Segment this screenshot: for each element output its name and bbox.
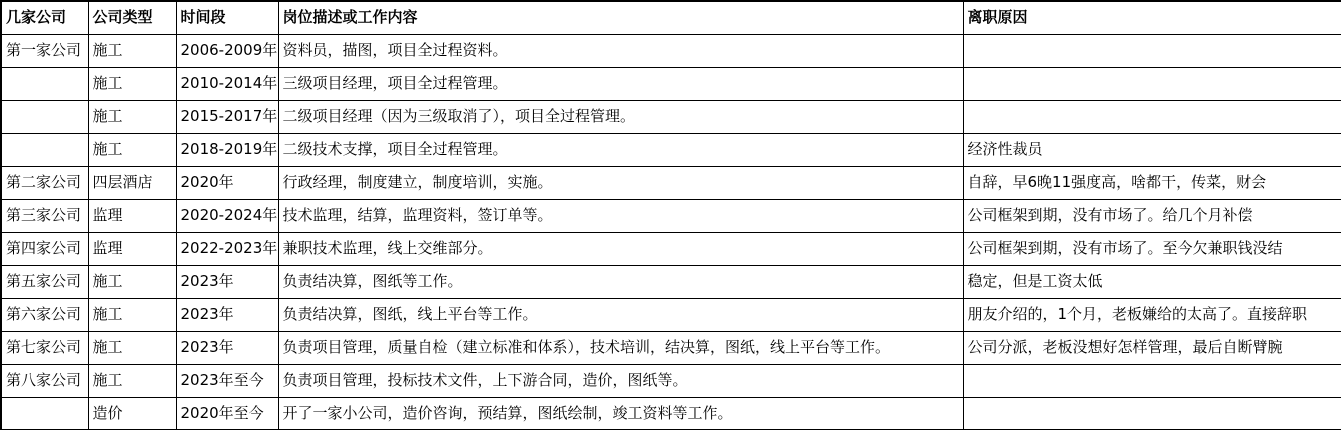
table-row: 第一家公司施工2006-2009年资料员，描图，项目全过程资料。 xyxy=(1,34,1341,67)
table-cell-reason xyxy=(963,67,1341,100)
table-cell-company: 第五家公司 xyxy=(1,265,88,298)
table-cell-type: 四层酒店 xyxy=(88,166,176,199)
table-cell-type: 施工 xyxy=(88,298,176,331)
table-cell-type: 监理 xyxy=(88,232,176,265)
table-cell-reason: 稳定，但是工资太低 xyxy=(963,265,1341,298)
table-cell-company: 第一家公司 xyxy=(1,34,88,67)
table-cell-company: 第六家公司 xyxy=(1,298,88,331)
table-cell-description: 三级项目经理，项目全过程管理。 xyxy=(278,67,963,100)
table-cell-type: 监理 xyxy=(88,199,176,232)
table-cell-period: 2023年 xyxy=(176,265,278,298)
table-row: 第七家公司施工2023年负责项目管理，质量自检（建立标准和体系），技术培训，结决… xyxy=(1,331,1341,364)
table-cell-description: 负责结决算，图纸，线上平台等工作。 xyxy=(278,298,963,331)
table-cell-period: 2023年 xyxy=(176,331,278,364)
table-cell-description: 负责项目管理，质量自检（建立标准和体系），技术培训，结决算，图纸，线上平台等工作… xyxy=(278,331,963,364)
table-cell-company xyxy=(1,133,88,166)
header-row: 几家公司 公司类型 时间段 岗位描述或工作内容 离职原因 xyxy=(1,1,1341,34)
table-cell-reason: 朋友介绍的，1个月，老板嫌给的太高了。直接辞职 xyxy=(963,298,1341,331)
table-cell-company: 第四家公司 xyxy=(1,232,88,265)
table-cell-type: 施工 xyxy=(88,364,176,397)
table-row: 施工2018-2019年二级技术支撑，项目全过程管理。经济性裁员 xyxy=(1,133,1341,166)
table-row: 第二家公司四层酒店2020年行政经理，制度建立，制度培训，实施。自辞，早6晚11… xyxy=(1,166,1341,199)
table-row: 第四家公司监理2022-2023年兼职技术监理，线上交维部分。公司框架到期，没有… xyxy=(1,232,1341,265)
table-cell-period: 2023年 xyxy=(176,298,278,331)
table-cell-description: 开了一家小公司，造价咨询，预结算，图纸绘制，竣工资料等工作。 xyxy=(278,397,963,430)
table-cell-description: 二级项目经理（因为三级取消了），项目全过程管理。 xyxy=(278,100,963,133)
column-header-job-description: 岗位描述或工作内容 xyxy=(278,1,963,34)
table-row: 造价2020年至今开了一家小公司，造价咨询，预结算，图纸绘制，竣工资料等工作。 xyxy=(1,397,1341,430)
column-header-company: 几家公司 xyxy=(1,1,88,34)
table-cell-company xyxy=(1,397,88,430)
table-row: 第五家公司施工2023年负责结决算，图纸等工作。稳定，但是工资太低 xyxy=(1,265,1341,298)
table-cell-reason: 公司框架到期，没有市场了。至今欠兼职钱没结 xyxy=(963,232,1341,265)
table-cell-company: 第八家公司 xyxy=(1,364,88,397)
table-cell-type: 施工 xyxy=(88,265,176,298)
column-header-time-period: 时间段 xyxy=(176,1,278,34)
table-cell-reason: 经济性裁员 xyxy=(963,133,1341,166)
table-cell-description: 资料员，描图，项目全过程资料。 xyxy=(278,34,963,67)
table-cell-type: 施工 xyxy=(88,67,176,100)
table-cell-type: 造价 xyxy=(88,397,176,430)
table-cell-description: 负责结决算，图纸等工作。 xyxy=(278,265,963,298)
table-cell-period: 2010-2014年 xyxy=(176,67,278,100)
table-row: 第八家公司施工2023年至今负责项目管理，投标技术文件，上下游合同，造价，图纸等… xyxy=(1,364,1341,397)
table-cell-period: 2020-2024年 xyxy=(176,199,278,232)
table-cell-period: 2018-2019年 xyxy=(176,133,278,166)
table-row: 施工2015-2017年二级项目经理（因为三级取消了），项目全过程管理。 xyxy=(1,100,1341,133)
table-cell-reason xyxy=(963,100,1341,133)
table-cell-description: 二级技术支撑，项目全过程管理。 xyxy=(278,133,963,166)
table-cell-period: 2006-2009年 xyxy=(176,34,278,67)
table-cell-description: 兼职技术监理，线上交维部分。 xyxy=(278,232,963,265)
table-cell-description: 技术监理，结算，监理资料，签订单等。 xyxy=(278,199,963,232)
table-cell-period: 2020年 xyxy=(176,166,278,199)
table-cell-reason: 公司分派，老板没想好怎样管理，最后自断臂腕 xyxy=(963,331,1341,364)
table-row: 第三家公司监理2020-2024年技术监理，结算，监理资料，签订单等。公司框架到… xyxy=(1,199,1341,232)
table-cell-reason xyxy=(963,397,1341,430)
table-cell-company xyxy=(1,67,88,100)
table-cell-reason: 自辞，早6晚11强度高，啥都干，传菜，财会 xyxy=(963,166,1341,199)
table-cell-type: 施工 xyxy=(88,133,176,166)
column-header-company-type: 公司类型 xyxy=(88,1,176,34)
table-cell-reason xyxy=(963,34,1341,67)
table-cell-type: 施工 xyxy=(88,34,176,67)
table-cell-reason xyxy=(963,364,1341,397)
table-cell-period: 2015-2017年 xyxy=(176,100,278,133)
table-cell-period: 2022-2023年 xyxy=(176,232,278,265)
table-cell-description: 行政经理，制度建立，制度培训，实施。 xyxy=(278,166,963,199)
table-cell-reason: 公司框架到期，没有市场了。给几个月补偿 xyxy=(963,199,1341,232)
table-cell-description: 负责项目管理，投标技术文件，上下游合同，造价，图纸等。 xyxy=(278,364,963,397)
table-cell-company: 第七家公司 xyxy=(1,331,88,364)
table-cell-period: 2020年至今 xyxy=(176,397,278,430)
table-cell-type: 施工 xyxy=(88,331,176,364)
table-cell-type: 施工 xyxy=(88,100,176,133)
table-row: 第六家公司施工2023年负责结决算，图纸，线上平台等工作。朋友介绍的，1个月，老… xyxy=(1,298,1341,331)
table-cell-company: 第三家公司 xyxy=(1,199,88,232)
table-cell-period: 2023年至今 xyxy=(176,364,278,397)
column-header-leave-reason: 离职原因 xyxy=(963,1,1341,34)
table-cell-company xyxy=(1,100,88,133)
table-row: 施工2010-2014年三级项目经理，项目全过程管理。 xyxy=(1,67,1341,100)
table-cell-company: 第二家公司 xyxy=(1,166,88,199)
work-history-table: 几家公司 公司类型 时间段 岗位描述或工作内容 离职原因 第一家公司施工2006… xyxy=(0,0,1341,430)
work-history-sheet: 几家公司 公司类型 时间段 岗位描述或工作内容 离职原因 第一家公司施工2006… xyxy=(0,0,1341,430)
